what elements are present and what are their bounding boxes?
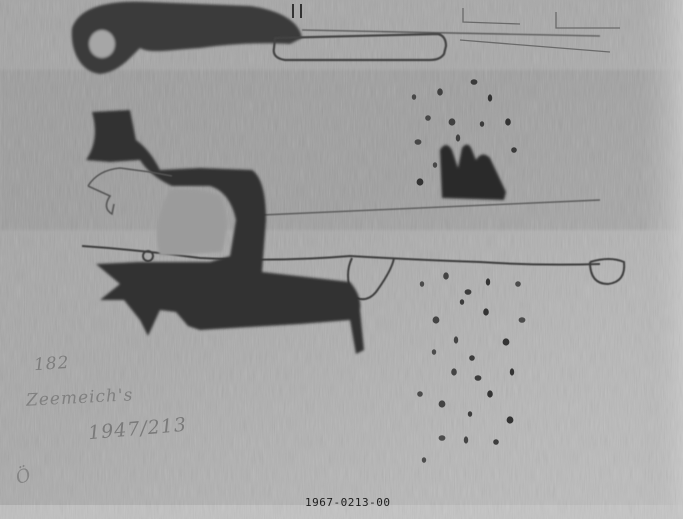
drawing-photo: 182 Zeemeich's 1947/213 Ö 1967-0213-00 (0, 0, 683, 519)
handwritten-number: 182 (33, 353, 70, 375)
catalog-number: 1967-0213-00 (305, 496, 390, 509)
